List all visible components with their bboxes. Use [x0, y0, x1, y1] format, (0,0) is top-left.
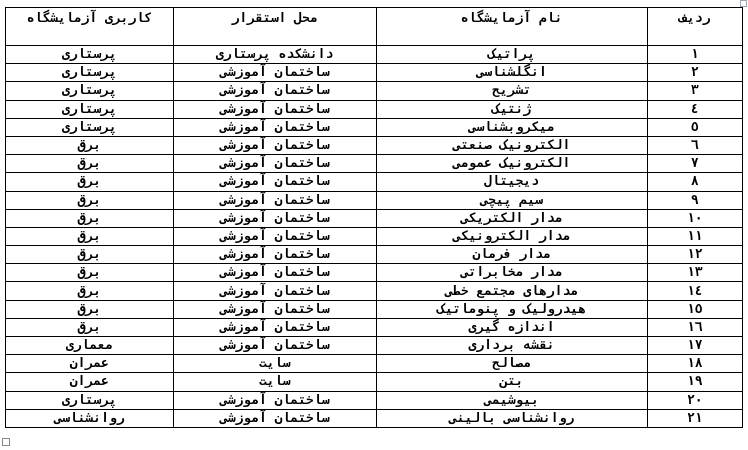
cell-lab-name: روانشناسی بالینی [376, 409, 647, 427]
table-row: ٦الکترونیک صنعتیساختمان آموزشیبرق [6, 136, 743, 154]
table-row: ۱٥هیدرولیک و پنوماتیکساختمان آموزشیبرق [6, 300, 743, 318]
table-row: ٥میکروبشناسیساختمان آموزشیپرستاری [6, 118, 743, 136]
cell-row-number: ۲۰ [647, 391, 742, 409]
cell-lab-usage: پرستاری [6, 46, 174, 64]
cell-lab-name: نقشه برداری [376, 337, 647, 355]
cell-location: ساختمان آموزشی [173, 337, 376, 355]
header-lab-name: نام آزمایشگاه [376, 8, 647, 46]
cell-location: ساختمان آموزشی [173, 409, 376, 427]
cell-lab-name: الکترونیک صنعتی [376, 136, 647, 154]
table-resize-handle[interactable] [2, 438, 10, 446]
cell-row-number: ۱۰ [647, 209, 742, 227]
cell-location: ساختمان آموزشی [173, 300, 376, 318]
cell-location: ساختمان آموزشی [173, 64, 376, 82]
table-row: ۱۲مدار فرمانساختمان آموزشیبرق [6, 246, 743, 264]
cell-lab-usage: پرستاری [6, 100, 174, 118]
cell-lab-usage: برق [6, 136, 174, 154]
table-row: ۱پراتیکدانشکده پرستاریپرستاری [6, 46, 743, 64]
cell-location: ساختمان آموزشی [173, 264, 376, 282]
cell-row-number: ۱۳ [647, 264, 742, 282]
cell-lab-usage: برق [6, 209, 174, 227]
cell-lab-usage: پرستاری [6, 391, 174, 409]
header-location: محل استقرار [173, 8, 376, 46]
table-row: ۱٤مدارهای مجتمع خطیساختمان آموزشیبرق [6, 282, 743, 300]
cell-location: سایت [173, 373, 376, 391]
table-row: ۲انگلشناسیساختمان آموزشیپرستاری [6, 64, 743, 82]
cell-location: ساختمان آموزشی [173, 136, 376, 154]
cell-location: ساختمان آموزشی [173, 155, 376, 173]
cell-row-number: ۷ [647, 155, 742, 173]
cell-lab-usage: برق [6, 155, 174, 173]
cell-row-number: ۱ [647, 46, 742, 64]
cell-lab-name: اندازه گیری [376, 318, 647, 336]
cell-lab-usage: عمران [6, 355, 174, 373]
cell-lab-name: مدار فرمان [376, 246, 647, 264]
cell-row-number: ٥ [647, 118, 742, 136]
table-row: ۹سیم پیچیساختمان آموزشیبرق [6, 191, 743, 209]
cell-lab-usage: برق [6, 264, 174, 282]
table-row: ۲۰بیوشیمیساختمان آموزشیپرستاری [6, 391, 743, 409]
table-row: ۷الکترونیک عمومیساختمان آموزشیبرق [6, 155, 743, 173]
table-row: ۱۸مصالحسایتعمران [6, 355, 743, 373]
table-body: ۱پراتیکدانشکده پرستاریپرستاری۲انگلشناسیس… [6, 46, 743, 428]
cell-row-number: ۳ [647, 82, 742, 100]
cell-lab-name: بیوشیمی [376, 391, 647, 409]
cell-location: سایت [173, 355, 376, 373]
cell-row-number: ۱۸ [647, 355, 742, 373]
cell-lab-name: بتن [376, 373, 647, 391]
cell-lab-usage: عمران [6, 373, 174, 391]
cell-location: ساختمان آموزشی [173, 282, 376, 300]
table-row: ۱٦اندازه گیریساختمان آموزشیبرق [6, 318, 743, 336]
laboratories-table: ردیف نام آزمایشگاه محل استقرار کاربری آز… [5, 7, 743, 428]
table-row: ۳تشریحساختمان آموزشیپرستاری [6, 82, 743, 100]
cell-row-number: ٤ [647, 100, 742, 118]
cell-row-number: ۲۱ [647, 409, 742, 427]
cell-lab-usage: روانشناسی [6, 409, 174, 427]
cell-lab-usage: پرستاری [6, 118, 174, 136]
cell-location: ساختمان آموزشی [173, 82, 376, 100]
cell-lab-name: ژنتیک [376, 100, 647, 118]
table-row: ۱۷نقشه برداریساختمان آموزشیمعماری [6, 337, 743, 355]
cell-location: ساختمان آموزشی [173, 227, 376, 245]
cell-lab-name: مدار الکترونیکی [376, 227, 647, 245]
cell-lab-name: مدارهای مجتمع خطی [376, 282, 647, 300]
cell-row-number: ۱۹ [647, 373, 742, 391]
cell-location: ساختمان آموزشی [173, 318, 376, 336]
cell-location: ساختمان آموزشی [173, 246, 376, 264]
cell-lab-usage: برق [6, 246, 174, 264]
cell-row-number: ۱٦ [647, 318, 742, 336]
cell-row-number: ۲ [647, 64, 742, 82]
cell-location: ساختمان آموزشی [173, 100, 376, 118]
table-move-handle[interactable] [740, 0, 747, 7]
cell-lab-usage: برق [6, 227, 174, 245]
cell-lab-name: تشریح [376, 82, 647, 100]
table-row: ۲۱روانشناسی بالینیساختمان آموزشیروانشناس… [6, 409, 743, 427]
cell-lab-usage: برق [6, 282, 174, 300]
cell-lab-usage: برق [6, 173, 174, 191]
table-row: ٤ژنتیکساختمان آموزشیپرستاری [6, 100, 743, 118]
table-row: ۱۳مدار مخابراتیساختمان آموزشیبرق [6, 264, 743, 282]
cell-row-number: ٦ [647, 136, 742, 154]
cell-lab-usage: برق [6, 300, 174, 318]
table-row: ۱۰مدار الکتریکیساختمان آموزشیبرق [6, 209, 743, 227]
cell-lab-name: پراتیک [376, 46, 647, 64]
cell-row-number: ۱٤ [647, 282, 742, 300]
header-lab-usage: کاربری آزمایشگاه [6, 8, 174, 46]
table-row: ۱۱مدار الکترونیکیساختمان آموزشیبرق [6, 227, 743, 245]
cell-location: ساختمان آموزشی [173, 191, 376, 209]
table-row: ۸دیجیتالساختمان آموزشیبرق [6, 173, 743, 191]
cell-lab-usage: برق [6, 191, 174, 209]
cell-location: ساختمان آموزشی [173, 209, 376, 227]
cell-location: ساختمان آموزشی [173, 173, 376, 191]
cell-lab-name: دیجیتال [376, 173, 647, 191]
cell-row-number: ۸ [647, 173, 742, 191]
cell-location: ساختمان آموزشی [173, 118, 376, 136]
cell-lab-name: هیدرولیک و پنوماتیک [376, 300, 647, 318]
cell-lab-name: مدار الکتریکی [376, 209, 647, 227]
cell-lab-name: سیم پیچی [376, 191, 647, 209]
cell-row-number: ۱۷ [647, 337, 742, 355]
cell-location: دانشکده پرستاری [173, 46, 376, 64]
cell-lab-name: مصالح [376, 355, 647, 373]
cell-location: ساختمان آموزشی [173, 391, 376, 409]
cell-lab-name: مدار مخابراتی [376, 264, 647, 282]
cell-row-number: ۱۲ [647, 246, 742, 264]
cell-lab-name: انگلشناسی [376, 64, 647, 82]
cell-row-number: ۱۱ [647, 227, 742, 245]
header-row-number: ردیف [647, 8, 742, 46]
cell-lab-usage: معماری [6, 337, 174, 355]
cell-row-number: ۱٥ [647, 300, 742, 318]
cell-lab-name: میکروبشناسی [376, 118, 647, 136]
cell-lab-usage: برق [6, 318, 174, 336]
cell-lab-name: الکترونیک عمومی [376, 155, 647, 173]
cell-lab-usage: پرستاری [6, 82, 174, 100]
table-header-row: ردیف نام آزمایشگاه محل استقرار کاربری آز… [6, 8, 743, 46]
cell-row-number: ۹ [647, 191, 742, 209]
table-row: ۱۹بتنسایتعمران [6, 373, 743, 391]
cell-lab-usage: پرستاری [6, 64, 174, 82]
